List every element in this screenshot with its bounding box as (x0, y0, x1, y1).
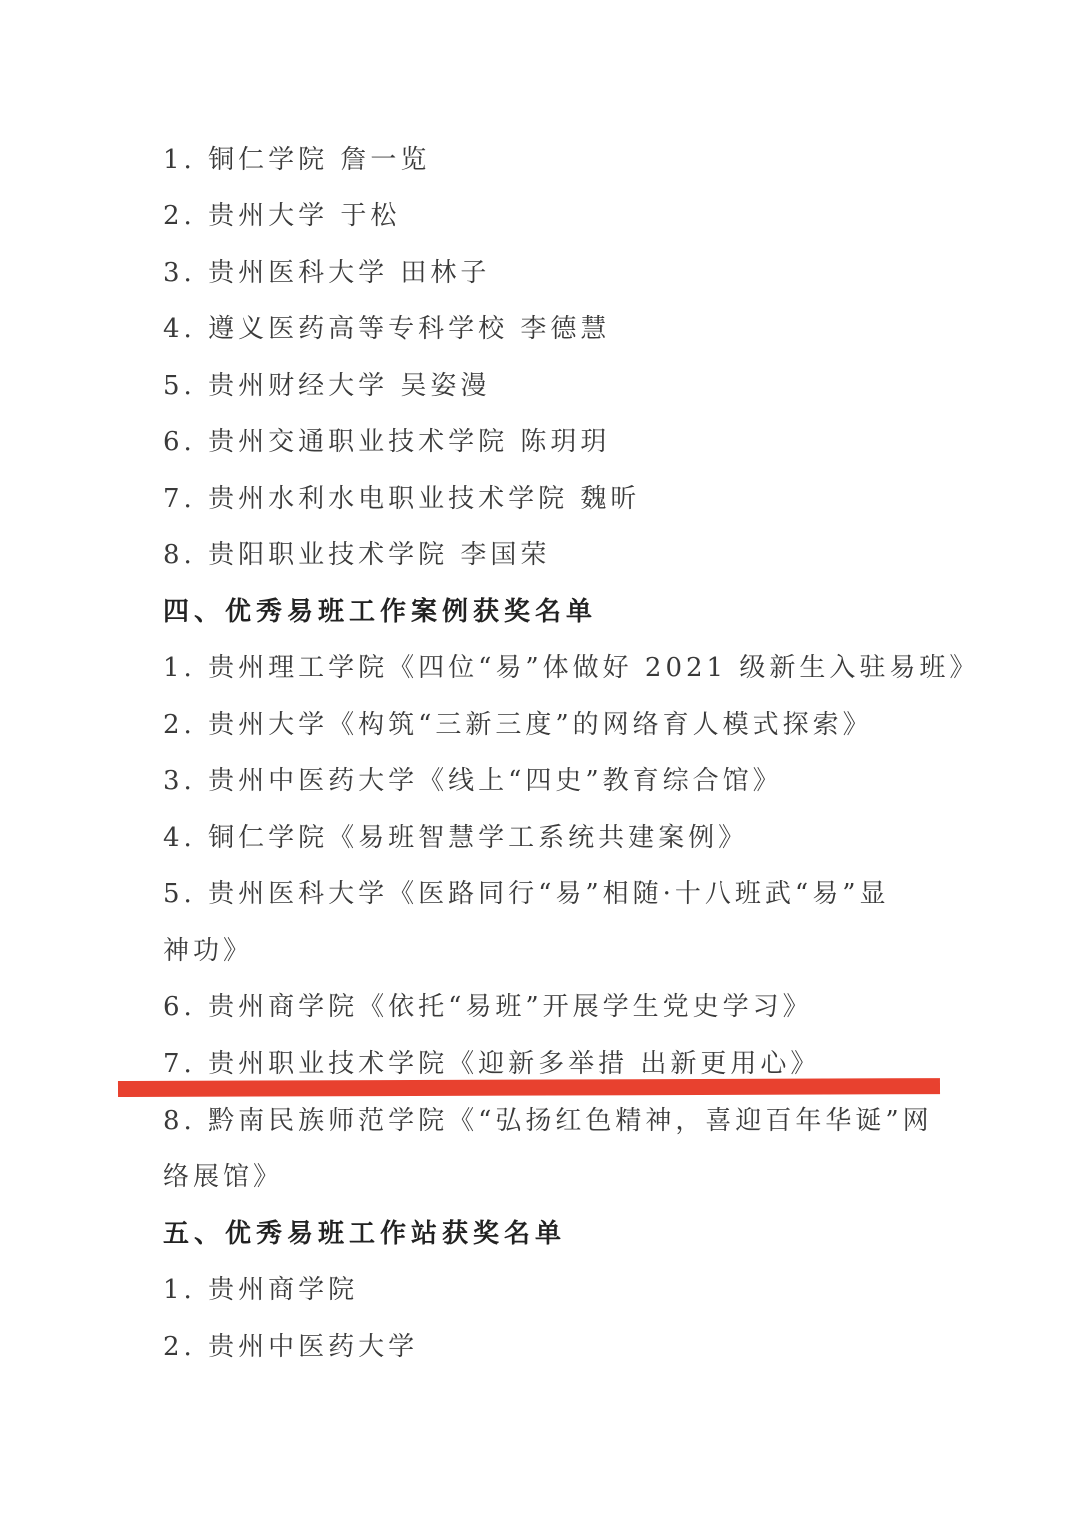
list-item: 5. 贵州财经大学 吴姿漫 (163, 369, 490, 403)
list-item-continuation: 神功》 (163, 934, 253, 968)
list-item-highlighted: 7. 贵州职业技术学院《迎新多举措 出新更用心》 (163, 1047, 820, 1081)
list-item: 1. 铜仁学院 詹一览 (163, 143, 430, 177)
red-highlight-underline (118, 1078, 940, 1097)
list-item: 1. 贵州理工学院《四位“易”体做好 2021 级新生入驻易班》 (163, 651, 979, 685)
list-item: 2. 贵州中医药大学 (163, 1330, 418, 1364)
list-item: 4. 铜仁学院《易班智慧学工系统共建案例》 (163, 821, 748, 855)
list-item: 4. 遵义医药高等专科学校 李德慧 (163, 312, 610, 346)
list-item: 3. 贵州医科大学 田林子 (163, 256, 490, 290)
list-item-continuation: 络展馆》 (163, 1160, 283, 1194)
list-item: 2. 贵州大学《构筑“三新三度”的网络育人模式探索》 (163, 708, 873, 742)
list-item: 6. 贵州商学院《依托“易班”开展学生党史学习》 (163, 990, 813, 1024)
section-heading-cases: 四、优秀易班工作案例获奖名单 (163, 595, 597, 629)
list-item: 3. 贵州中医药大学《线上“四史”教育综合馆》 (163, 764, 783, 798)
section-heading-stations: 五、优秀易班工作站获奖名单 (163, 1217, 566, 1251)
list-item: 6. 贵州交通职业技术学院 陈玥玥 (163, 425, 610, 459)
list-item: 7. 贵州水利水电职业技术学院 魏昕 (163, 482, 640, 516)
list-item: 8. 贵阳职业技术学院 李国荣 (163, 538, 550, 572)
list-item: 8. 黔南民族师范学院《“弘扬红色精神，喜迎百年华诞”网 (163, 1104, 933, 1138)
list-item: 1. 贵州商学院 (163, 1273, 358, 1307)
list-item: 2. 贵州大学 于松 (163, 199, 400, 233)
list-item: 5. 贵州医科大学《医路同行“易”相随·十八班武“易”显 (163, 877, 890, 911)
